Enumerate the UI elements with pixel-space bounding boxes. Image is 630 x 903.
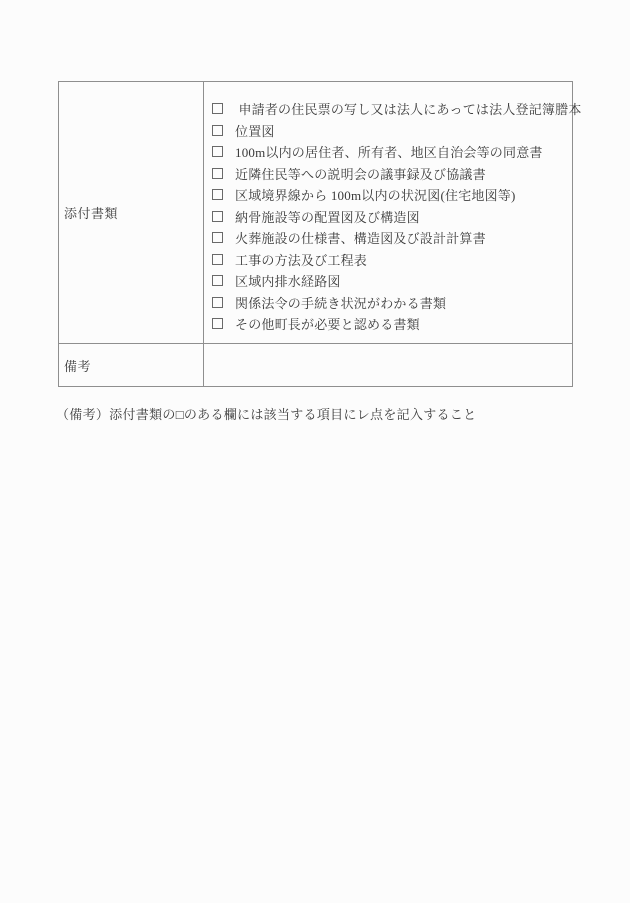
attachments-table: 添付書類 申請者の住民票の写し又は法人にあっては法人登記簿謄本 位置図 bbox=[58, 81, 573, 387]
checklist-item-label: 100m以内の居住者、所有者、地区自治会等の同意書 bbox=[235, 142, 543, 161]
checklist-item: 近隣住民等への説明会の議事録及び協議書 bbox=[212, 163, 582, 185]
remarks-label: 備考 bbox=[64, 356, 91, 375]
checkbox-icon[interactable] bbox=[212, 125, 223, 136]
checklist-item-label: 位置図 bbox=[235, 121, 275, 140]
checklist-item-label: 区域境界線から 100m以内の状況図(住宅地図等) bbox=[235, 185, 516, 204]
checklist-item: 区域内排水経路図 bbox=[212, 270, 582, 292]
checkbox-icon[interactable] bbox=[212, 103, 223, 114]
checkbox-icon[interactable] bbox=[212, 211, 223, 222]
checklist-item-label: 工事の方法及び工程表 bbox=[235, 250, 367, 269]
checklist-item-label: 火葬施設の仕様書、構造図及び設計計算書 bbox=[235, 228, 486, 247]
checklist-item: 火葬施設の仕様書、構造図及び設計計算書 bbox=[212, 227, 582, 249]
remarks-row: 備考 bbox=[59, 344, 572, 386]
checklist-item-label: その他町長が必要と認める書類 bbox=[235, 314, 420, 333]
checkbox-icon[interactable] bbox=[212, 275, 223, 286]
checklist-item: 100m以内の居住者、所有者、地区自治会等の同意書 bbox=[212, 141, 582, 163]
checklist-item: 納骨施設等の配置図及び構造図 bbox=[212, 206, 582, 228]
attachments-label-cell: 添付書類 bbox=[59, 82, 204, 343]
checkbox-icon[interactable] bbox=[212, 189, 223, 200]
attachments-checklist: 申請者の住民票の写し又は法人にあっては法人登記簿謄本 位置図 100m以内の居住… bbox=[204, 82, 588, 343]
checklist-item: 関係法令の手続き状況がわかる書類 bbox=[212, 292, 582, 314]
checkbox-icon[interactable] bbox=[212, 254, 223, 265]
checkbox-icon[interactable] bbox=[212, 168, 223, 179]
checklist-item-label: 関係法令の手続き状況がわかる書類 bbox=[235, 293, 446, 312]
checkbox-icon[interactable] bbox=[212, 318, 223, 329]
footnote: （備考）添付書類の□のある欄には該当する項目にレ点を記入すること bbox=[56, 404, 476, 423]
checklist-item-label: 区域内排水経路図 bbox=[235, 271, 341, 290]
checklist-item: 申請者の住民票の写し又は法人にあっては法人登記簿謄本 bbox=[212, 98, 582, 120]
checklist-item: その他町長が必要と認める書類 bbox=[212, 313, 582, 335]
checkbox-icon[interactable] bbox=[212, 297, 223, 308]
checklist-item: 位置図 bbox=[212, 120, 582, 142]
checklist-item: 区域境界線から 100m以内の状況図(住宅地図等) bbox=[212, 184, 582, 206]
attachments-label: 添付書類 bbox=[64, 203, 118, 222]
checkbox-icon[interactable] bbox=[212, 146, 223, 157]
checklist-item-label: 近隣住民等への説明会の議事録及び協議書 bbox=[235, 164, 486, 183]
remarks-value-cell bbox=[204, 344, 572, 386]
checklist-item: 工事の方法及び工程表 bbox=[212, 249, 582, 271]
checkbox-icon[interactable] bbox=[212, 232, 223, 243]
checklist-item-label: 納骨施設等の配置図及び構造図 bbox=[235, 207, 420, 226]
document-page: 添付書類 申請者の住民票の写し又は法人にあっては法人登記簿謄本 位置図 bbox=[0, 0, 630, 903]
checklist-item-label: 申請者の住民票の写し又は法人にあっては法人登記簿謄本 bbox=[235, 99, 582, 118]
remarks-label-cell: 備考 bbox=[59, 344, 204, 386]
attachments-row: 添付書類 申請者の住民票の写し又は法人にあっては法人登記簿謄本 位置図 bbox=[59, 82, 572, 344]
